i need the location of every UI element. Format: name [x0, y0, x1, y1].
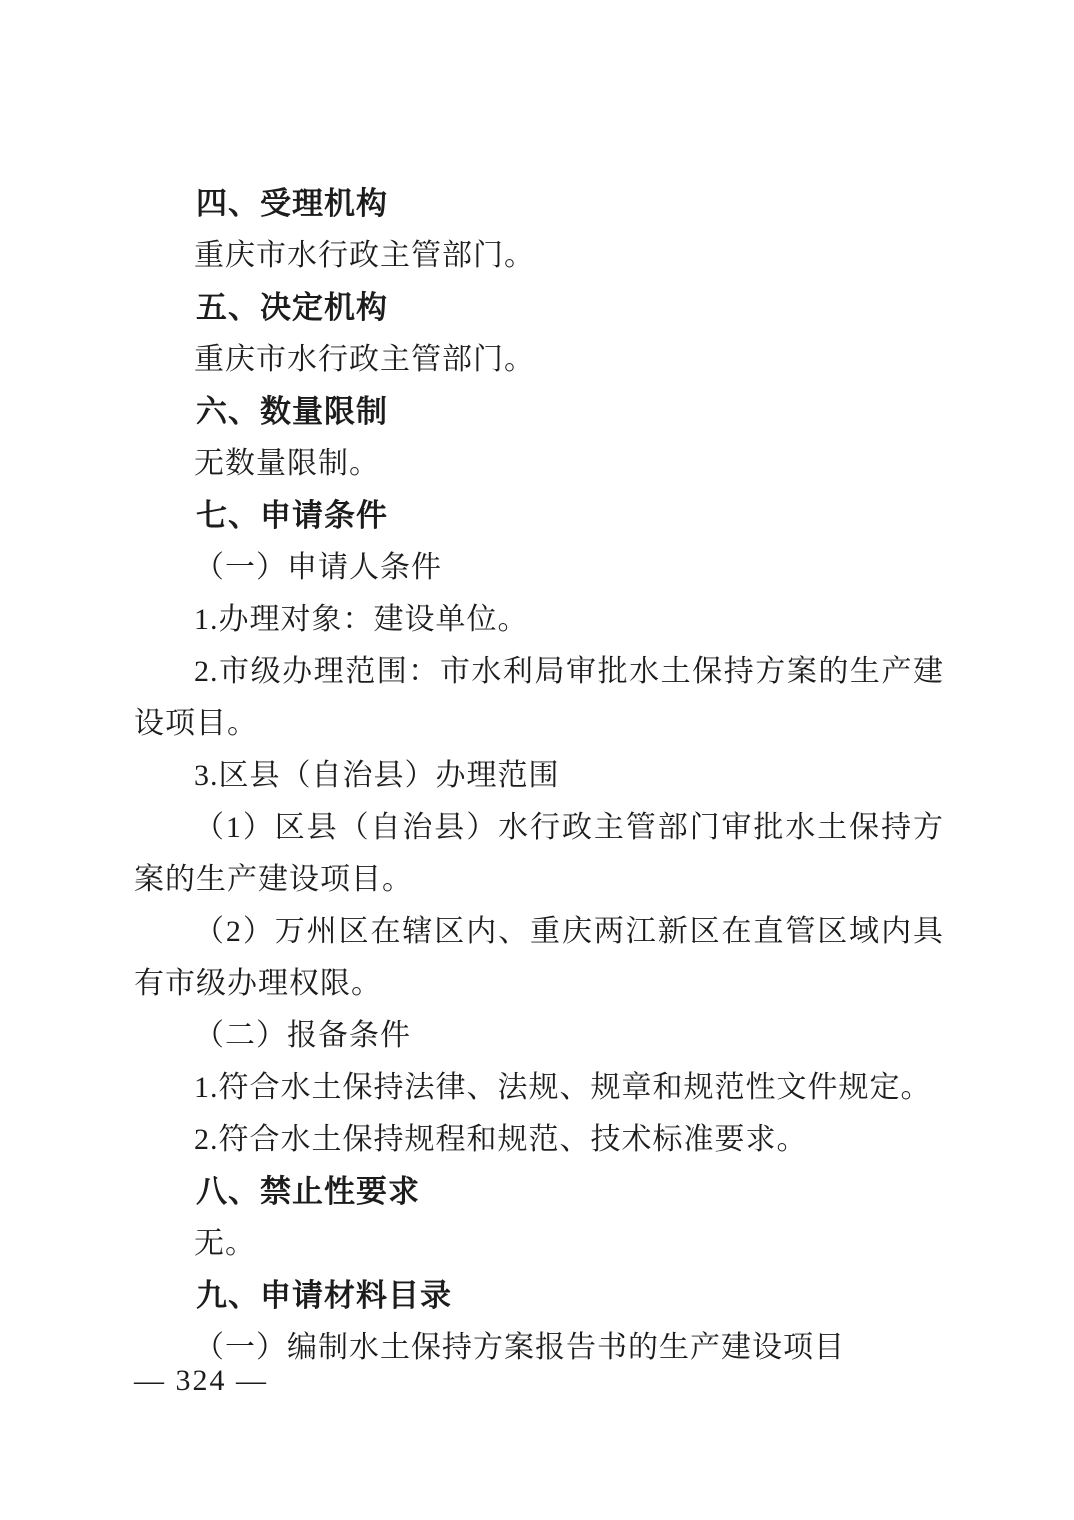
paragraph-filing-conditions-title: （二）报备条件 — [134, 1010, 944, 1062]
section-heading-quantity-limit: 六、数量限制 — [134, 386, 944, 438]
section-heading-prohibitive-requirements: 八、禁止性要求 — [134, 1166, 944, 1218]
paragraph-prohibitive-none: 无。 — [134, 1218, 944, 1270]
paragraph-handling-object: 1.办理对象：建设单位。 — [134, 594, 944, 646]
paragraph-filing-condition-2: 2.符合水土保持规程和规范、技术标准要求。 — [134, 1114, 944, 1166]
section-heading-acceptance-agency: 四、受理机构 — [134, 178, 944, 230]
paragraph-acceptance-agency: 重庆市水行政主管部门。 — [134, 230, 944, 282]
document-body: 四、受理机构 重庆市水行政主管部门。 五、决定机构 重庆市水行政主管部门。 六、… — [134, 178, 944, 1374]
page-number: — 324 — — [134, 1364, 268, 1398]
paragraph-decision-agency: 重庆市水行政主管部门。 — [134, 334, 944, 386]
section-heading-application-conditions: 七、申请条件 — [134, 490, 944, 542]
paragraph-filing-condition-1: 1.符合水土保持法律、法规、规章和规范性文件规定。 — [134, 1062, 944, 1114]
paragraph-quantity-limit: 无数量限制。 — [134, 438, 944, 490]
paragraph-city-level-scope: 2.市级办理范围：市水利局审批水土保持方案的生产建设项目。 — [134, 646, 944, 750]
paragraph-applicant-conditions-title: （一）申请人条件 — [134, 542, 944, 594]
section-heading-decision-agency: 五、决定机构 — [134, 282, 944, 334]
paragraph-county-scope-item2: （2）万州区在辖区内、重庆两江新区在直管区域内具有市级办理权限。 — [134, 906, 944, 1010]
document-page: 四、受理机构 重庆市水行政主管部门。 五、决定机构 重庆市水行政主管部门。 六、… — [0, 0, 1074, 1520]
paragraph-county-scope-title: 3.区县（自治县）办理范围 — [134, 750, 944, 802]
paragraph-county-scope-item1: （1）区县（自治县）水行政主管部门审批水土保持方案的生产建设项目。 — [134, 802, 944, 906]
section-heading-application-materials: 九、申请材料目录 — [134, 1270, 944, 1322]
